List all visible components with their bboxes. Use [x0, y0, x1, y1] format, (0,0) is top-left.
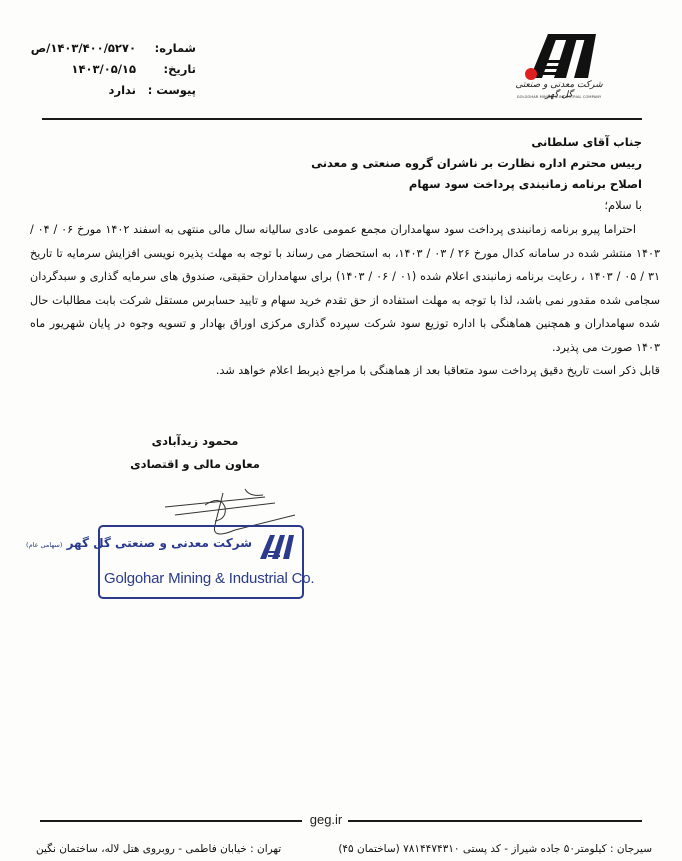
letter-number-row: شماره: ۱۴۰۳/۴۰۰/۵۲۷۰/ص — [36, 38, 196, 59]
stamp-company-en: Golgohar Mining & Industrial Co. — [104, 570, 314, 587]
signature-block: محمود زیدآبادی معاون مالی و اقتصادی — [130, 430, 260, 476]
stamp-logo-icon — [256, 533, 296, 561]
body-paragraph-1: احتراما پیرو برنامه زمانبندی پرداخت سود … — [30, 218, 660, 359]
signatory-position: معاون مالی و اقتصادی — [130, 453, 260, 476]
letter-attachment-value: ندارد — [109, 83, 136, 97]
letter-number-label: شماره: — [140, 38, 196, 59]
body-paragraph-2: قابل ذکر است تاریخ دقیق پرداخت سود متعاق… — [30, 359, 660, 383]
logo-caption-en: GOLGOHAR MINING & INDUSTRIAL COMPANY — [516, 95, 602, 99]
footer-address-sirjan: سیرجان : کیلومتر۵۰ جاده شیراز - کد پستی … — [338, 843, 652, 855]
greeting: با سلام؛ — [102, 195, 642, 216]
letter-meta: شماره: ۱۴۰۳/۴۰۰/۵۲۷۰/ص تاریخ: ۱۴۰۳/۰۵/۱۵… — [36, 38, 196, 101]
header-divider — [42, 118, 642, 120]
footer-divider-right — [348, 820, 642, 822]
letter-body: احتراما پیرو برنامه زمانبندی پرداخت سود … — [30, 218, 660, 383]
stamp-company-type: (سهامی عام) — [26, 541, 62, 549]
letter-attachment-label: پیوست : — [140, 80, 196, 101]
recipient-name: جناب آقای سلطانی — [102, 132, 642, 153]
addressee-block: جناب آقای سلطانی رییس محترم اداره نظارت … — [102, 132, 642, 216]
letter-date-label: تاریخ: — [140, 59, 196, 80]
letter-date-value: ۱۴۰۳/۰۵/۱۵ — [71, 62, 136, 76]
signatory-name: محمود زیدآبادی — [130, 430, 260, 453]
letter-date-row: تاریخ: ۱۴۰۳/۰۵/۱۵ — [36, 59, 196, 80]
letter-subject: اصلاح برنامه زمانبندی پرداخت سود سهام — [102, 174, 642, 195]
footer-divider-left — [40, 820, 302, 822]
letter-number-value: ۱۴۰۳/۴۰۰/۵۲۷۰/ص — [31, 41, 136, 55]
letter-attachment-row: پیوست : ندارد — [36, 80, 196, 101]
footer-website: geg.ir — [306, 812, 346, 827]
footer-address-tehran: تهران : خیابان فاطمی - روبروی هتل لاله، … — [36, 843, 281, 855]
stamp-company-name-fa: شرکت معدنی و صنعتی گل گهر — [67, 536, 252, 550]
stamp-company-fa: شرکت معدنی و صنعتی گل گهر (سهامی عام) — [26, 536, 252, 550]
recipient-title: رییس محترم اداره نظارت بر ناشران گروه صن… — [102, 153, 642, 174]
company-stamp: شرکت معدنی و صنعتی گل گهر (سهامی عام) Go… — [98, 525, 304, 599]
